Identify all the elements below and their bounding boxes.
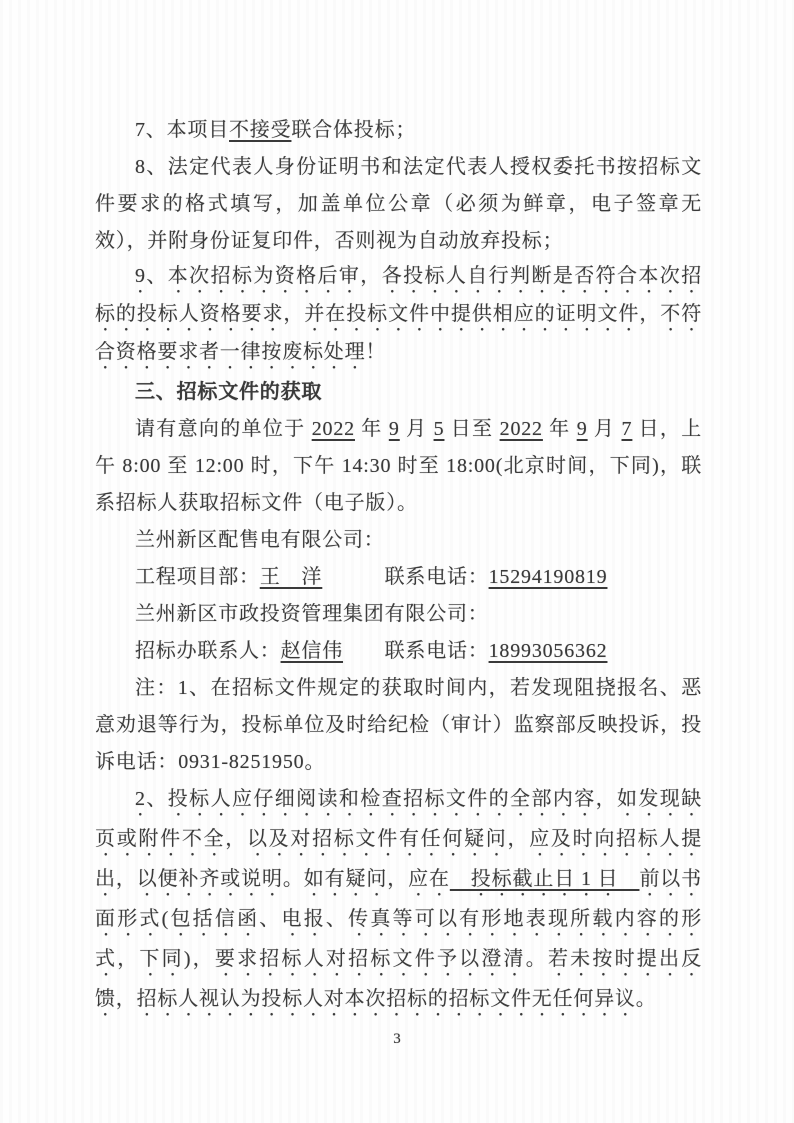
underlined-text: 王 洋 (260, 566, 322, 588)
text-run: 招标办联系人： (135, 640, 281, 662)
obtain-time-paragraph: 请有意向的单位于 2022 年 9 月 5 日至 2022 年 9 月 7 日，… (95, 411, 702, 522)
text-run: 请有意向的单位于 (135, 418, 312, 440)
clause-8: 8、法定代表人身份证明书和法定代表人授权委托书按招标文件要求的格式填写，加盖单位… (95, 149, 702, 260)
text-run: 联系电话： (343, 640, 489, 662)
text-run: 7、本项目 (135, 119, 229, 141)
underlined-text: 赵信伟 (281, 640, 343, 662)
document-body: 7、本项目不接受联合体投标；8、法定代表人身份证明书和法定代表人授权委托书按招标… (95, 112, 702, 1021)
page-number: 3 (0, 1030, 794, 1048)
underlined-text: 9 (389, 418, 400, 440)
clause-7: 7、本项目不接受联合体投标； (95, 112, 702, 149)
scanned-document-page: { "page": { "number": "3" }, "document":… (0, 0, 794, 1123)
text-run: 8、法定代表人身份证明书和法定代表人授权委托书按招标文件要求的格式填写，加盖单位… (95, 156, 702, 252)
text-run: 兰州新区配售电有限公司： (135, 529, 385, 551)
underlined-text: 2022 (500, 418, 543, 440)
text-run: 日至 (444, 418, 499, 440)
section-heading-3: 三、招标文件的获取 (95, 374, 702, 411)
note-2: 2、投标人应仔细阅读和检查招标文件的全部内容，如发现缺页或附件不全，以及对招标文… (95, 781, 702, 1021)
contact-2: 招标办联系人：赵信伟 联系电话：18993056362 (95, 633, 702, 670)
underlined-text: 2022 (312, 418, 355, 440)
underlined-text: 18993056362 (489, 640, 608, 662)
text-run: 注：1、在招标文件规定的获取时间内，若发现阻挠报名、恶意劝退等行为，投标单位及时… (95, 677, 702, 773)
underlined-text: 5 (434, 418, 445, 440)
underlined-text: 7 (622, 418, 633, 440)
underlined-text: 9 (577, 418, 588, 440)
note-1: 注：1、在招标文件规定的获取时间内，若发现阻挠报名、恶意劝退等行为，投标单位及时… (95, 670, 702, 781)
underlined-text: 15294190819 (489, 566, 608, 588)
underlined-text: 不接受 (229, 119, 291, 141)
underlined-text: 投标截止日 1 日 (450, 868, 640, 890)
company-1: 兰州新区配售电有限公司： (95, 522, 702, 559)
text-run: 兰州新区市政投资管理集团有限公司： (135, 603, 489, 625)
text-run: 工程项目部： (135, 566, 260, 588)
text-run: 联合体投标； (291, 119, 416, 141)
text-run: 三、招标文件的获取 (135, 381, 322, 403)
text-run: 年 (543, 418, 577, 440)
text-run: 9、本次招标为资格后审，各投标人自行判断是否符合本次招标的投标人资格要求，并在投… (95, 265, 702, 363)
company-2: 兰州新区市政投资管理集团有限公司： (95, 596, 702, 633)
text-run: 年 (355, 418, 389, 440)
text-run: 月 (588, 418, 622, 440)
text-run: 月 (400, 418, 434, 440)
text-run: 联系电话： (322, 566, 488, 588)
contact-1: 工程项目部：王 洋 联系电话：15294190819 (95, 559, 702, 596)
clause-9: 9、本次招标为资格后审，各投标人自行判断是否符合本次招标的投标人资格要求，并在投… (95, 260, 702, 374)
